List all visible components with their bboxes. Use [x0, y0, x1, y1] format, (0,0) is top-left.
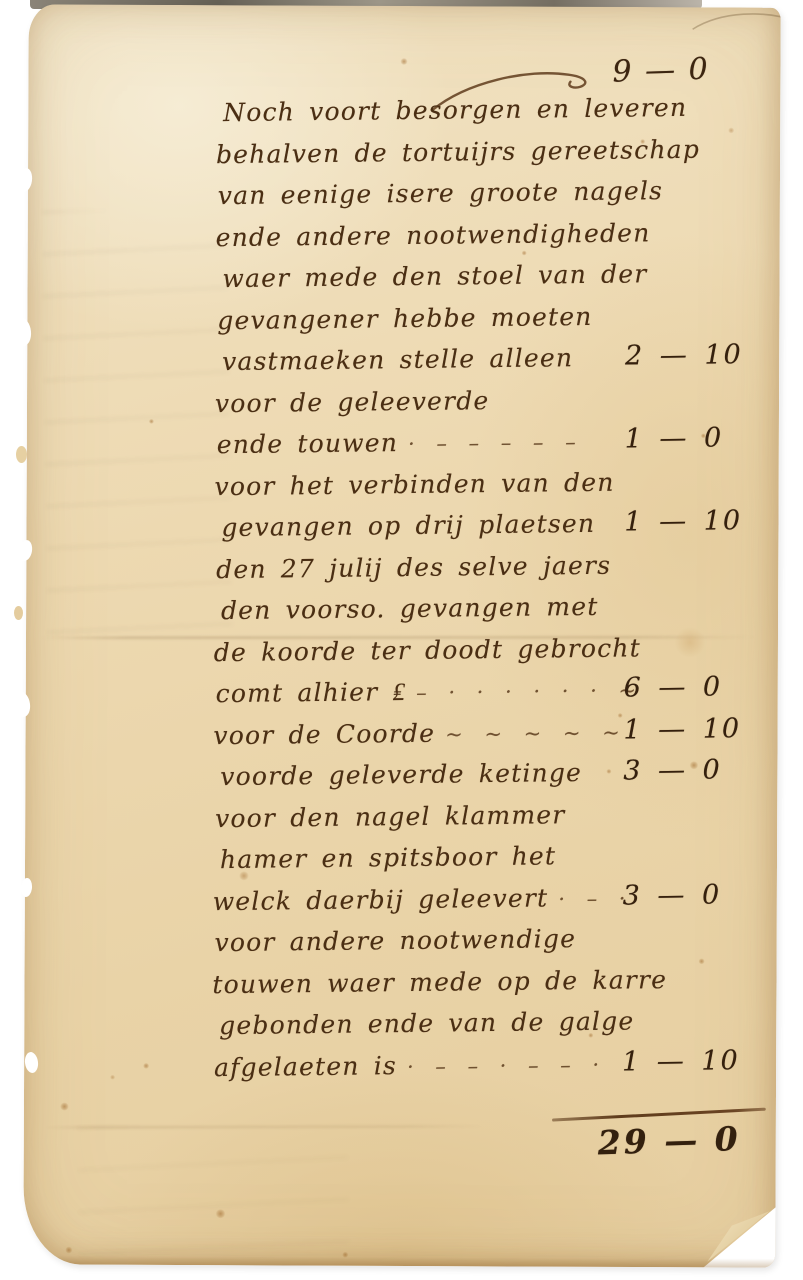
manuscript-line: voorde geleverde ketinge 3 — 0 [213, 756, 781, 804]
manuscript-line: den voorso. gevangen met [214, 590, 781, 638]
manuscript-line: Noch voort besorgen en leveren [216, 92, 781, 140]
line-text: voor andere nootwendige [214, 924, 576, 957]
foxing-spot [143, 1063, 149, 1069]
line-text: voorde geleverde ketinge [220, 758, 582, 791]
manuscript-line: afgelaeten is· – – · – – · 1 — 10 [212, 1046, 781, 1094]
line-text: Noch voort besorgen en leveren [223, 93, 687, 127]
manuscript-line: behalven de tortuijrs gereetschap [216, 133, 781, 181]
line-amount: 1 — 10 [623, 713, 741, 745]
line-text: vastmaeken stelle alleen [222, 343, 573, 376]
line-text: ende touwen [217, 428, 399, 459]
line-text: voor den nagel klammer [215, 800, 566, 833]
foxing-spot [342, 1252, 348, 1258]
line-text: voor de geleeverde [215, 386, 490, 418]
deckle-bump [16, 446, 27, 463]
line-amount: 6 — 0 [623, 671, 722, 703]
line-text: gevangener hebbe moeten [217, 301, 593, 334]
foxing-spot [110, 1075, 115, 1080]
line-text: hamer en spitsboor het [220, 841, 557, 874]
manuscript-lines: Noch voort besorgen en leveren behalven … [212, 98, 781, 1096]
manuscript-line: van eenige isere groote nagels [216, 175, 781, 223]
manuscript-line: ende andere nootwendigheden [215, 216, 780, 264]
manuscript-line: welck daerbij geleevert· – · 3 — 0 [213, 880, 781, 928]
manuscript-line: gevangen op drij plaetsen 1 — 10 [214, 507, 781, 555]
dogear-cut [701, 1205, 777, 1267]
manuscript-line: waer mede den stoel van der [215, 258, 780, 306]
line-amount: 1 — 10 [622, 1045, 740, 1077]
fold-crease [44, 1125, 484, 1129]
foxing-spot [149, 419, 154, 424]
line-text: gebonden ende van de galge [219, 1006, 634, 1040]
scanned-manuscript: 9 — 0 Noch voort besorgen en leveren beh… [0, 0, 803, 1280]
line-leader: · – – · – – · [407, 1052, 604, 1078]
manuscript-line: touwen waer mede op de karre [212, 963, 781, 1011]
manuscript-paper: 9 — 0 Noch voort besorgen en leveren beh… [23, 4, 780, 1267]
line-text: ende andere nootwendigheden [215, 218, 650, 252]
foxing-spot [65, 1247, 72, 1254]
bleed-through-smudge [78, 1123, 350, 1257]
line-text: touwen waer mede op de karre [212, 965, 667, 999]
foxing-spot [400, 58, 407, 65]
manuscript-line: voor den nagel klammer [213, 797, 781, 845]
foxing-spot [60, 1103, 69, 1111]
manuscript-line: voor andere nootwendige [212, 922, 780, 970]
line-text: voor de Coorde [213, 718, 435, 750]
line-leader: ~ ~ ~ ~ ~ [445, 720, 625, 746]
line-text: comt alhier ₤ [215, 677, 406, 708]
manuscript-line: den 27 julij des selve jaers [214, 548, 781, 596]
manuscript-line: vastmaeken stelle alleen 2 — 10 [215, 341, 781, 389]
corner-crease [691, 7, 781, 35]
line-amount: 1 — 0 [625, 422, 724, 454]
line-text: afgelaeten is [214, 1051, 397, 1082]
line-text: van eenige isere groote nagels [218, 176, 664, 210]
line-text: voor het verbinden van den [214, 467, 614, 501]
line-text: de koorde ter doodt gebrocht [214, 633, 641, 667]
line-text: behalven de tortuijrs gereetschap [216, 134, 700, 168]
line-text: den 27 julij des selve jaers [216, 550, 611, 583]
line-amount: 3 — 0 [623, 879, 722, 911]
line-amount: 1 — 10 [624, 505, 742, 537]
line-text: welck daerbij geleevert [213, 883, 549, 916]
total-amount: 29 — 0 [597, 1119, 741, 1162]
line-leader: · – · [558, 886, 630, 911]
line-amount: 3 — 0 [623, 754, 722, 786]
manuscript-line: ende touwen· – – – – – 1 — 0 [215, 424, 781, 472]
carried-amount: 9 — 0 [612, 52, 710, 90]
line-leader: · – – – – – [408, 430, 581, 456]
line-leader: – · · · · · · ~ [416, 678, 641, 705]
foxing-spot [215, 1209, 225, 1218]
line-text: waer mede den stoel van der [222, 259, 647, 293]
deckle-bump [14, 606, 23, 620]
line-text: den voorso. gevangen met [221, 592, 599, 625]
bleed-through-smudge [42, 209, 233, 651]
line-text: gevangen op drij plaetsen [221, 509, 595, 542]
line-amount: 2 — 10 [625, 339, 743, 371]
